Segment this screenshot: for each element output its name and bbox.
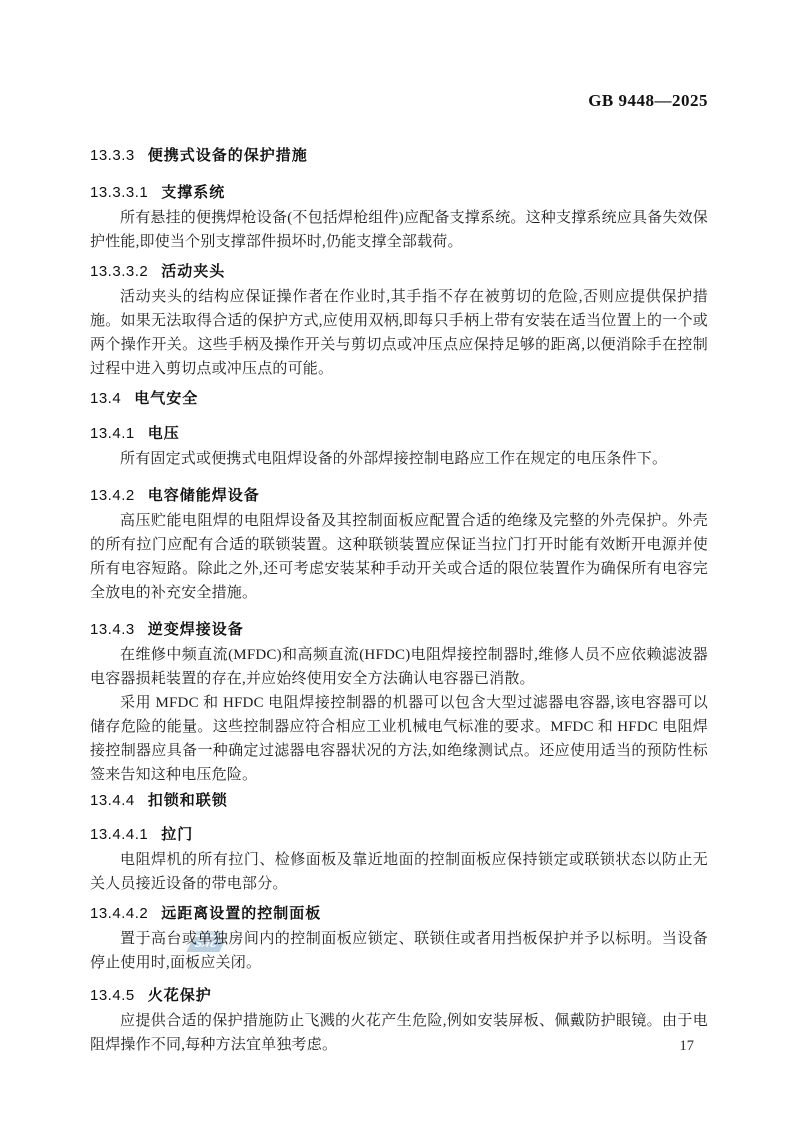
heading-number: 13.4.2 — [90, 487, 135, 504]
heading-number: 13.3.3 — [90, 147, 135, 164]
heading-title: 远距离设置的控制面板 — [161, 905, 321, 922]
heading-13-4-2: 13.4.2电容储能焊设备 — [90, 486, 708, 506]
heading-13-4-1: 13.4.1电压 — [90, 424, 708, 444]
para-remote-panel: 置于高台或单独房间内的控制面板应锁定、联锁住或者用挡板保护并予以标明。当设备停止… — [90, 927, 708, 975]
para-support-system: 所有悬挂的便携焊枪设备(不包括焊枪组件)应配备支撑系统。这种支撑系统应具备失效保… — [90, 206, 708, 254]
heading-title: 电压 — [148, 425, 180, 442]
heading-13-3-3: 13.3.3便携式设备的保护措施 — [90, 146, 708, 166]
heading-13-4-4-1: 13.4.4.1拉门 — [90, 825, 708, 845]
heading-13-3-3-2: 13.3.3.2活动夹头 — [90, 262, 708, 282]
para-inverter-1: 在维修中频直流(MFDC)和高频直流(HFDC)电阻焊接控制器时,维修人员不应依… — [90, 643, 708, 691]
page-number: 17 — [680, 1038, 695, 1054]
heading-title: 拉门 — [161, 826, 193, 843]
heading-13-4: 13.4电气安全 — [90, 389, 708, 409]
heading-title: 扣锁和联锁 — [148, 792, 228, 809]
heading-13-4-3: 13.4.3逆变焊接设备 — [90, 620, 708, 640]
para-voltage: 所有固定式或便携式电阻焊设备的外部焊接控制电路应工作在规定的电压条件下。 — [90, 447, 708, 471]
heading-13-4-4: 13.4.4扣锁和联锁 — [90, 791, 708, 811]
document-content: 13.3.3便携式设备的保护措施 13.3.3.1支撑系统 所有悬挂的便携焊枪设… — [90, 112, 708, 1057]
heading-number: 13.4.5 — [90, 987, 135, 1004]
heading-title: 便携式设备的保护措施 — [148, 147, 308, 164]
heading-number: 13.4 — [90, 390, 121, 407]
heading-13-4-5: 13.4.5火花保护 — [90, 986, 708, 1006]
heading-title: 火花保护 — [148, 987, 212, 1004]
heading-title: 电气安全 — [134, 390, 198, 407]
para-inverter-2: 采用 MFDC 和 HFDC 电阻焊接控制器的机器可以包含大型过滤器电容器,该电… — [90, 691, 708, 787]
para-doors: 电阻焊机的所有拉门、检修面板及靠近地面的控制面板应保持锁定或联锁状态以防止无关人… — [90, 848, 708, 896]
heading-number: 13.3.3.1 — [90, 184, 148, 201]
para-movable-clamp: 活动夹头的结构应保证操作者在作业时,其手指不存在被剪切的危险,否则应提供保护措施… — [90, 285, 708, 381]
heading-number: 13.4.4 — [90, 792, 135, 809]
heading-title: 支撑系统 — [161, 184, 225, 201]
page-footer: 17 — [90, 1036, 708, 1056]
heading-title: 逆变焊接设备 — [148, 621, 244, 638]
heading-number: 13.4.4.1 — [90, 826, 148, 843]
heading-number: 13.3.3.2 — [90, 263, 148, 280]
para-capacitor-storage: 高压贮能电阻焊的电阻焊设备及其控制面板应配置合适的绝缘及完整的外壳保护。外壳的所… — [90, 509, 708, 605]
standard-number: GB 9448—2025 — [588, 91, 708, 110]
heading-number: 13.4.4.2 — [90, 905, 148, 922]
document-page: GB 9448—2025 SAC 13.3.3便携式设备的保护措施 13.3.3… — [0, 0, 793, 1122]
heading-title: 电容储能焊设备 — [148, 487, 260, 504]
heading-13-3-3-1: 13.3.3.1支撑系统 — [90, 183, 708, 203]
heading-title: 活动夹头 — [161, 263, 225, 280]
page-header: GB 9448—2025 — [90, 91, 708, 111]
heading-13-4-4-2: 13.4.4.2远距离设置的控制面板 — [90, 904, 708, 924]
heading-number: 13.4.3 — [90, 621, 135, 638]
heading-number: 13.4.1 — [90, 425, 135, 442]
